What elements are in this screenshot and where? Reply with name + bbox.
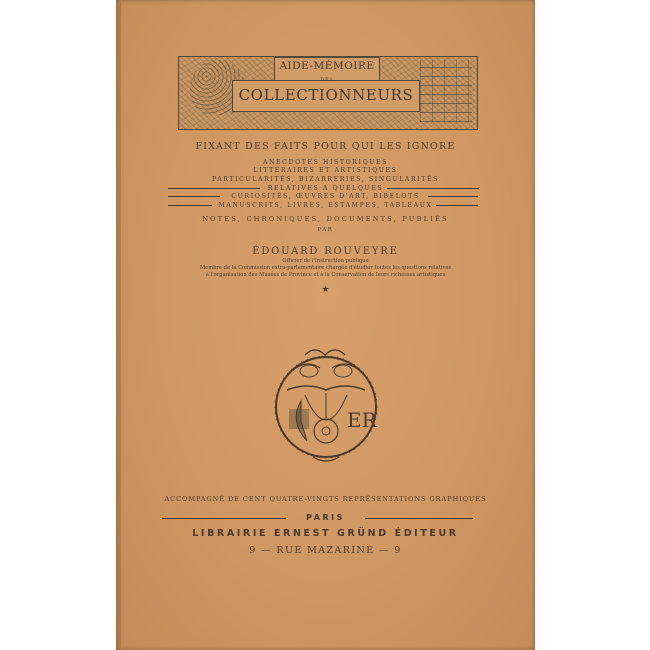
par-label: PAR <box>116 226 535 234</box>
city: PARIS <box>116 513 535 522</box>
divider-rule <box>168 205 212 206</box>
book-title: COLLECTIONNEURS <box>232 86 420 104</box>
author-affiliation: Membre de la Commission extra-parlementa… <box>116 265 535 272</box>
topic-line: PARTICULARITÉS, BIZARRERIES, SINGULARITÉ… <box>116 176 535 184</box>
topic-line: CURIOSITÉS, ŒUVRES D'ART, BIBELOTS <box>116 193 535 201</box>
illustrations-note: ACCOMPAGNÉ DE CENT QUATRE-VINGTS REPRÉSE… <box>116 495 535 503</box>
publisher-name: LIBRAIRIE ERNEST GRÜND ÉDITEUR <box>116 528 535 539</box>
publisher-address: 9 — RUE MAZARINE — 9 <box>116 545 535 556</box>
bookshelf-illustration-icon <box>420 60 472 122</box>
divider-rule <box>428 196 478 197</box>
topic-line: NOTES, CHRONIQUES, DOCUMENTS, PUBLIÉS <box>116 215 535 223</box>
topic-line: MANUSCRITS, LIVRES, ESTAMPES, TABLEAUX <box>116 202 535 210</box>
author-name: ÉDOUARD ROUVEYRE <box>116 246 535 257</box>
divider-rule <box>168 188 260 189</box>
author-affiliation: à l'organisation des Musées de Province … <box>116 272 535 279</box>
divider-rule <box>168 196 220 197</box>
svg-text:ER: ER <box>347 408 378 432</box>
topic-line: LITTÉRAIRES ET ARTISTIQUES <box>116 167 535 175</box>
divider-rule <box>436 205 478 206</box>
author-affiliation: Officier de l'Instruction publique <box>116 258 535 265</box>
star-ornament-icon: ★ <box>116 285 535 295</box>
publisher-emblem-icon: ER <box>265 343 387 465</box>
title-line-1: AIDE-MÉMOIRE <box>274 60 380 72</box>
subtitle: FIXANT DES FAITS POUR QUI LES IGNORE <box>116 141 535 152</box>
divider-rule <box>387 188 479 189</box>
title-line-2: DES <box>274 78 380 83</box>
